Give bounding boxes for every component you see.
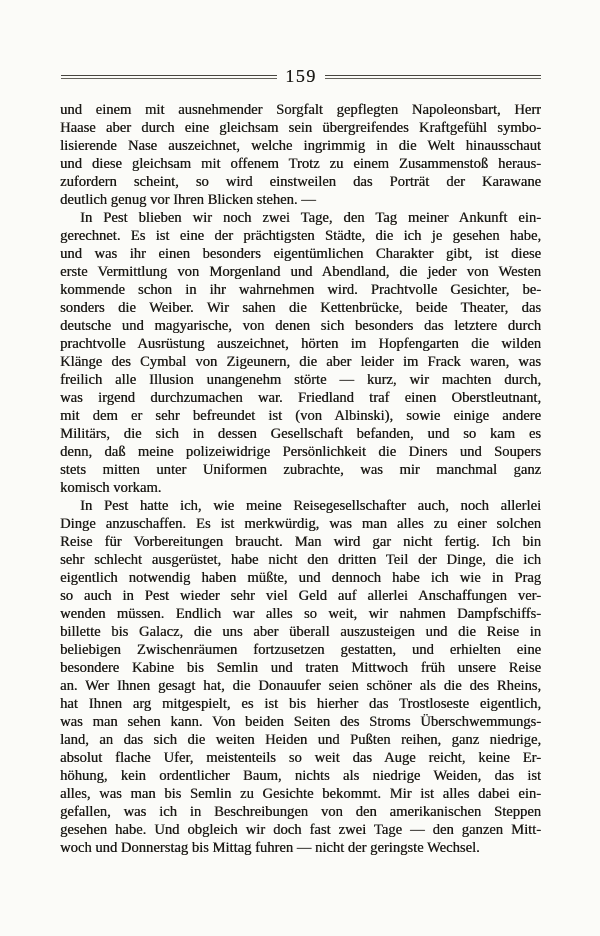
text-line: alles, was man bis Semlin zu Gesichte be… bbox=[60, 785, 541, 803]
text-line: prachtvolle Ausrüstung auszeichnet, hört… bbox=[60, 335, 541, 353]
text-line: gerechnet. Es ist eine der prächtigsten … bbox=[60, 227, 541, 245]
text-line: Militärs, die sich in dessen Gesellschaf… bbox=[60, 425, 541, 443]
book-page: 159 und einem mit ausnehmender Sorgfalt … bbox=[0, 0, 600, 936]
text-line: mit dem er sehr befreundet ist (von Albi… bbox=[60, 407, 541, 425]
body-text: und einem mit ausnehmender Sorgfalt gepf… bbox=[60, 101, 541, 857]
text-line: freilich alle Illusion unangenehm störte… bbox=[60, 371, 541, 389]
text-line: stets mitten unter Uniformen zubrachte, … bbox=[60, 461, 541, 479]
text-line: deutlich genug vor Ihren Blicken stehen.… bbox=[60, 191, 541, 209]
header-rule-left bbox=[61, 75, 277, 80]
text-line: an. Wer Ihnen gesagt hat, die Donauufer … bbox=[60, 677, 541, 695]
text-line: wenden müssen. Endlich war alles so weit… bbox=[60, 605, 541, 623]
text-line: sonders die Weiber. Wir sahen die Ketten… bbox=[60, 299, 541, 317]
text-line: was irgend durchzumachen war. Friedland … bbox=[60, 389, 541, 407]
text-line: denn, daß meine polizeiwidrige Persönlic… bbox=[60, 443, 541, 461]
text-line: gesehen habe. Und obgleich wir doch fast… bbox=[60, 821, 541, 839]
text-line: besondere Kabine bis Semlin und traten M… bbox=[60, 659, 541, 677]
text-line: erste Vermittlung von Morgenland und Abe… bbox=[60, 263, 541, 281]
text-line: Reise für Vorbereitungen braucht. Man wi… bbox=[60, 533, 541, 551]
text-line: woch und Donnerstag bis Mittag fuhren — … bbox=[60, 839, 541, 857]
paragraph: In Pest blieben wir noch zwei Tage, den … bbox=[60, 209, 541, 497]
text-line: und einem mit ausnehmender Sorgfalt gepf… bbox=[60, 101, 541, 119]
text-line: hat Ihnen arg mitgespielt, es ist bis hi… bbox=[60, 695, 541, 713]
text-line: lisierende Nase auszeichnet, welche ingr… bbox=[60, 137, 541, 155]
text-line: eigentlich notwendig haben müßte, und de… bbox=[60, 569, 541, 587]
page-header: 159 bbox=[61, 64, 541, 90]
text-line: und was ihr einen besonders eigentümlich… bbox=[60, 245, 541, 263]
text-line: höhung, kein ordentlicher Baum, nichts a… bbox=[60, 767, 541, 785]
text-line: In Pest hatte ich, wie meine Reisegesell… bbox=[60, 497, 541, 515]
text-line: sehr schlecht ausgerüstet, habe nicht de… bbox=[60, 551, 541, 569]
text-line: gefallen, was ich in Beschreibungen von … bbox=[60, 803, 541, 821]
page-number: 159 bbox=[277, 63, 325, 89]
text-line: so auch in Pest wieder sehr viel Geld au… bbox=[60, 587, 541, 605]
text-line: zufordern scheint, so wird einstweilen d… bbox=[60, 173, 541, 191]
text-line: Haase aber durch eine gleichsam sein übe… bbox=[60, 119, 541, 137]
paragraph: In Pest hatte ich, wie meine Reisegesell… bbox=[60, 497, 541, 857]
text-line: deutsche und magyarische, von denen sich… bbox=[60, 317, 541, 335]
text-line: absolut flache Ufer, meistenteils so wei… bbox=[60, 749, 541, 767]
text-line: In Pest blieben wir noch zwei Tage, den … bbox=[60, 209, 541, 227]
text-line: billette bis Galacz, die uns aber überal… bbox=[60, 623, 541, 641]
text-line: komisch vorkam. bbox=[60, 479, 541, 497]
text-line: beliebigen Zwischenräumen fortzusetzen g… bbox=[60, 641, 541, 659]
text-line: kommende schon in ihr wahrnehmen wird. P… bbox=[60, 281, 541, 299]
text-line: Dinge anzuschaffen. Es ist merkwürdig, w… bbox=[60, 515, 541, 533]
text-line: land, an das sich die weiten Heiden und … bbox=[60, 731, 541, 749]
paragraph: und einem mit ausnehmender Sorgfalt gepf… bbox=[60, 101, 541, 209]
text-line: was man sehen kann. Von beiden Seiten de… bbox=[60, 713, 541, 731]
header-rule-right bbox=[325, 75, 541, 80]
text-line: Klänge des Cymbal von Zigeunern, die abe… bbox=[60, 353, 541, 371]
text-line: und diese gleichsam mit offenem Trotz zu… bbox=[60, 155, 541, 173]
